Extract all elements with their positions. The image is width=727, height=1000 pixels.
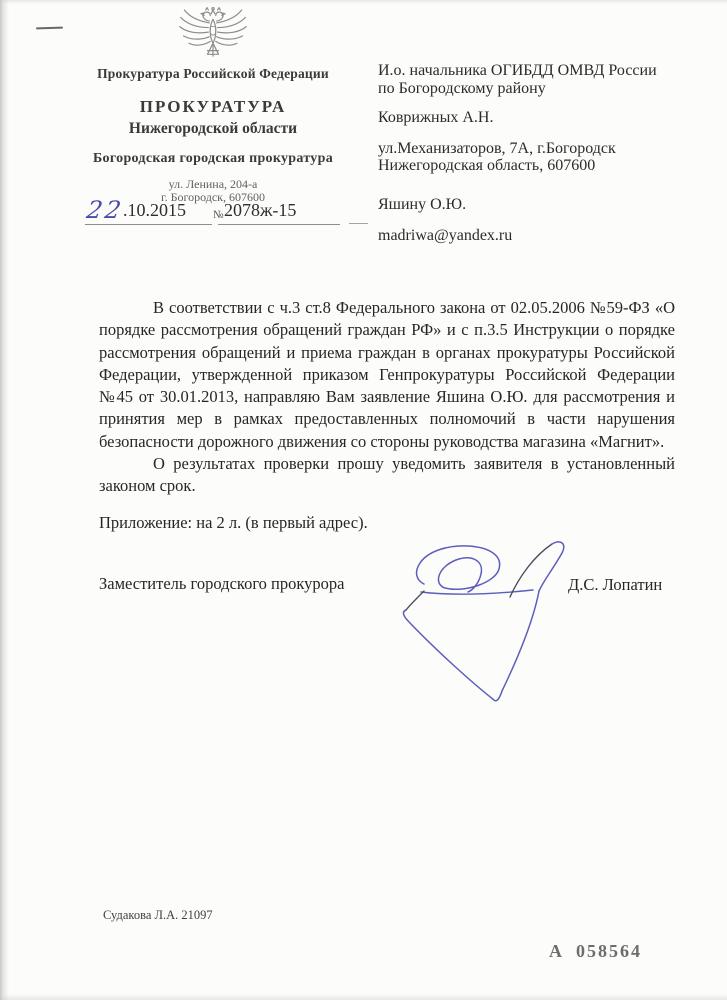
number-underline xyxy=(218,224,340,225)
scanned-letter-page: Прокуратура Российской Федерации ПРОКУРА… xyxy=(0,0,727,1000)
scan-edge-bottom xyxy=(0,994,727,1000)
executor-line: Судакова Л.А. 21097 xyxy=(103,908,213,923)
date-printed: .10.2015 xyxy=(123,200,186,221)
letterhead: Прокуратура Российской Федерации ПРОКУРА… xyxy=(60,5,366,204)
coat-of-arms-icon xyxy=(177,5,249,63)
handwritten-day: 22 xyxy=(85,196,126,224)
pen-mark xyxy=(36,27,63,30)
recipient-address-line2: Нижегородская область, 607600 xyxy=(378,157,698,175)
org-region: Нижегородской области xyxy=(60,120,366,138)
body-paragraph-1: В соответствии с ч.3 ст.8 Федерального з… xyxy=(99,297,675,453)
recipient-block: И.о. начальника ОГИБДД ОМВД России по Бо… xyxy=(378,62,698,245)
underline-dash xyxy=(349,223,368,224)
date-underline xyxy=(85,224,212,225)
recipient-email: madriwa@yandex.ru xyxy=(378,227,698,245)
form-digits: 058564 xyxy=(576,941,642,961)
form-series: А xyxy=(549,941,562,961)
letter-body: В соответствии с ч.3 ст.8 Федерального з… xyxy=(99,297,675,498)
recipient-address-line1: ул.Механизаторов, 7А, г.Богородск xyxy=(378,140,698,158)
doc-number: 2078ж-15 xyxy=(224,200,296,221)
body-paragraph-2: О результатах проверки прошу уведомить з… xyxy=(99,453,675,498)
form-number: А058564 xyxy=(549,941,642,962)
attachment-line: Приложение: на 2 л. (в первый адрес). xyxy=(99,513,368,533)
org-unit: Богородская городская прокуратура xyxy=(60,151,366,167)
second-recipient-name: Яшину О.Ю. xyxy=(378,196,698,214)
scan-edge-left xyxy=(0,0,9,1000)
recipient-title-line1: И.о. начальника ОГИБДД ОМВД России xyxy=(378,62,698,80)
recipient-title-line2: по Богородскому району xyxy=(378,80,698,98)
signature-ink xyxy=(395,533,580,710)
org-name: ПРОКУРАТУРА xyxy=(60,97,366,117)
date-number-row: 22 .10.2015 № 2078ж-15 xyxy=(85,198,375,226)
number-sign: № xyxy=(213,209,224,221)
recipient-name: Коврижных А.Н. xyxy=(378,109,698,127)
org-federation-line: Прокуратура Российской Федерации xyxy=(60,66,366,82)
scan-edge-top xyxy=(0,0,727,4)
signer-title: Заместитель городского прокурора xyxy=(99,574,345,594)
signer-name: Д.С. Лопатин xyxy=(568,575,662,595)
